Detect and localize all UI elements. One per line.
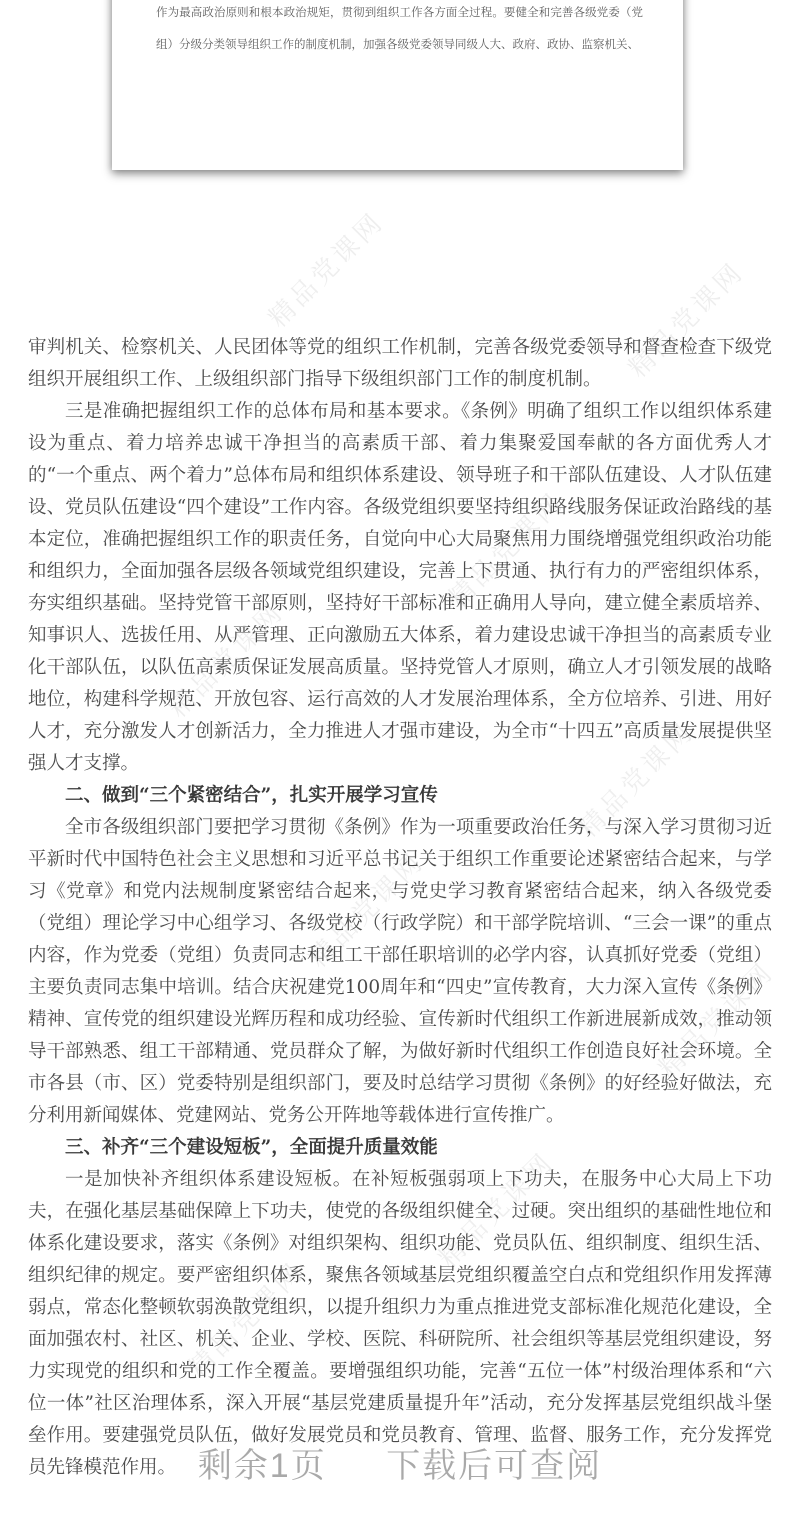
download-hint-text: 下载后可查阅 — [386, 1447, 602, 1485]
previous-page-card: 作为最高政治原则和根本政治规矩，贯彻到组织工作各方面全过程。要健全和完善各级党委… — [112, 0, 683, 170]
section-heading: 三、补齐“三个建设短板”，全面提升质量效能 — [28, 1132, 772, 1164]
watermark-text: 精品党课网 — [259, 202, 391, 334]
previous-page-text: 作为最高政治原则和根本政治规矩，贯彻到组织工作各方面全过程。要健全和完善各级党委… — [156, 0, 643, 60]
paragraph-continuation: 审判机关、检察机关、人民团体等党的组织工作机制，完善各级党委领导和督查检查下级党… — [28, 332, 772, 396]
paragraph: 全市各级组织部门要把学习贯彻《条例》作为一项重要政治任务，与深入学习贯彻习近平新… — [28, 812, 772, 1132]
paragraph: 一是加快补齐组织体系建设短板。在补短板强弱项上下功夫，在服务中心大局上下功夫，在… — [28, 1164, 772, 1484]
section-heading: 二、做到“三个紧密结合”，扎实开展学习宣传 — [28, 780, 772, 812]
document-preview-page: 精品党课网 精品党课网 精品党课网 精品党课网 精品党课网 精品党课网 精品党课… — [0, 0, 800, 1539]
document-body: 审判机关、检察机关、人民团体等党的组织工作机制，完善各级党委领导和督查检查下级党… — [28, 332, 772, 1484]
pages-remaining-notice: 剩余1页 下载后可查阅 — [0, 1438, 800, 1487]
paragraph: 三是准确把握组织工作的总体布局和基本要求。《条例》明确了组织工作以组织体系建设为… — [28, 396, 772, 780]
remaining-pages-text: 剩余1页 — [198, 1447, 327, 1485]
